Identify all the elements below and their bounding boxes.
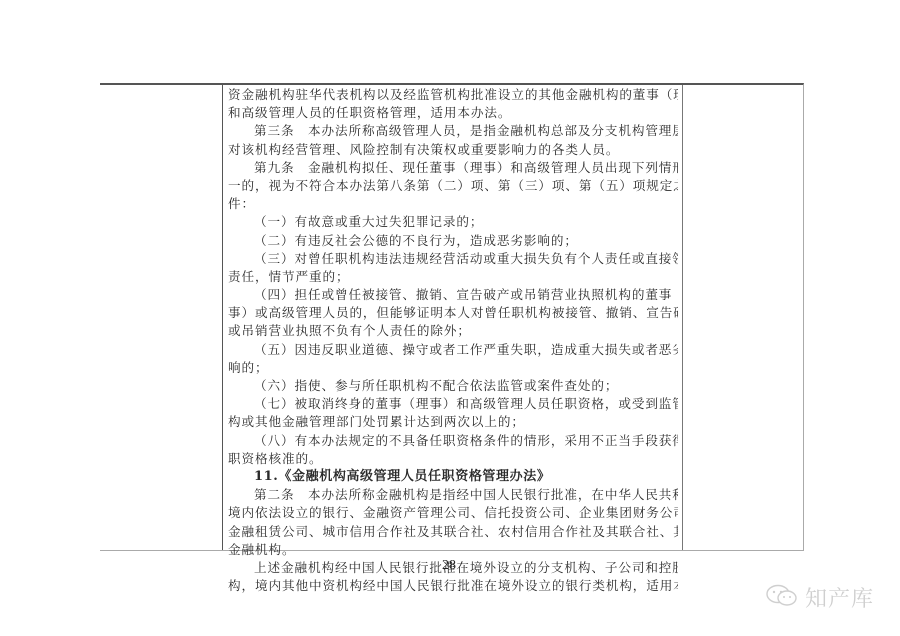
table-right-column [683,85,803,550]
text-line: 境内依法设立的银行、金融资产管理公司、信托投资公司、企业集团财务公司、 [228,504,678,522]
text-line: 资金融机构驻华代表机构以及经监管机构批准设立的其他金融机构的董事（理事） [228,86,678,104]
page-number: 28 [442,558,456,574]
text-line: （二）有违反社会公德的不良行为，造成恶劣影响的； [228,232,678,250]
text-line: 或吊销营业执照不负有个人责任的除外； [228,322,678,340]
text-line: 责任，情节严重的； [228,268,678,286]
watermark-text: 知产库 [805,582,874,613]
text-line: 一的，视为不符合本办法第八条第（二）项、第（三）项、第（五）项规定之条 [228,177,678,195]
section-heading: 11.《金融机构高级管理人员任职资格管理办法》 [228,468,678,486]
text-line: （六）指使、参与所任职机构不配合依法监管或案件查处的； [228,377,678,395]
text-line: 金融机构。 [228,541,678,559]
text-line: 金融租赁公司、城市信用合作社及其联合社、农村信用合作社及其联合社、其他 [228,523,678,541]
wechat-icon [765,583,799,613]
text-line: 第九条 金融机构拟任、现任董事（理事）和高级管理人员出现下列情形之 [228,159,678,177]
text-line: （八）有本办法规定的不具备任职资格条件的情形，采用不正当手段获得任 [228,432,678,450]
text-line: （一）有故意或重大过失犯罪记录的； [228,213,678,231]
text-line: （四）担任或曾任被接管、撤销、宣告破产或吊销营业执照机构的董事（理 [228,286,678,304]
text-line: 第二条 本办法所称金融机构是指经中国人民银行批准，在中华人民共和国 [228,486,678,504]
text-line: 构，境内其他中资机构经中国人民银行批准在境外设立的银行类机构，适用本办 [228,577,678,595]
text-line: 对该机构经营管理、风险控制有决策权或重要影响力的各类人员。 [228,141,678,159]
text-line: 件： [228,195,678,213]
text-line: 构或其他金融管理部门处罚累计达到两次以上的； [228,413,678,431]
regulation-table: 资金融机构驻华代表机构以及经监管机构批准设立的其他金融机构的董事（理事）和高级管… [100,83,804,551]
table-left-column [100,85,222,550]
text-line: 职资格核准的。 [228,450,678,468]
watermark: 知产库 [765,582,874,613]
text-line: （七）被取消终身的董事（理事）和高级管理人员任职资格，或受到监管机 [228,395,678,413]
text-line: （五）因违反职业道德、操守或者工作严重失职，造成重大损失或者恶劣影 [228,341,678,359]
table-content-column: 资金融机构驻华代表机构以及经监管机构批准设立的其他金融机构的董事（理事）和高级管… [222,85,683,550]
text-line: 事）或高级管理人员的，但能够证明本人对曾任职机构被接管、撤销、宣告破产 [228,304,678,322]
text-line: 响的； [228,359,678,377]
text-line: （三）对曾任职机构违法违规经营活动或重大损失负有个人责任或直接领导 [228,250,678,268]
text-line: 第三条 本办法所称高级管理人员，是指金融机构总部及分支机构管理层中 [228,122,678,140]
text-line: 和高级管理人员的任职资格管理，适用本办法。 [228,104,678,122]
